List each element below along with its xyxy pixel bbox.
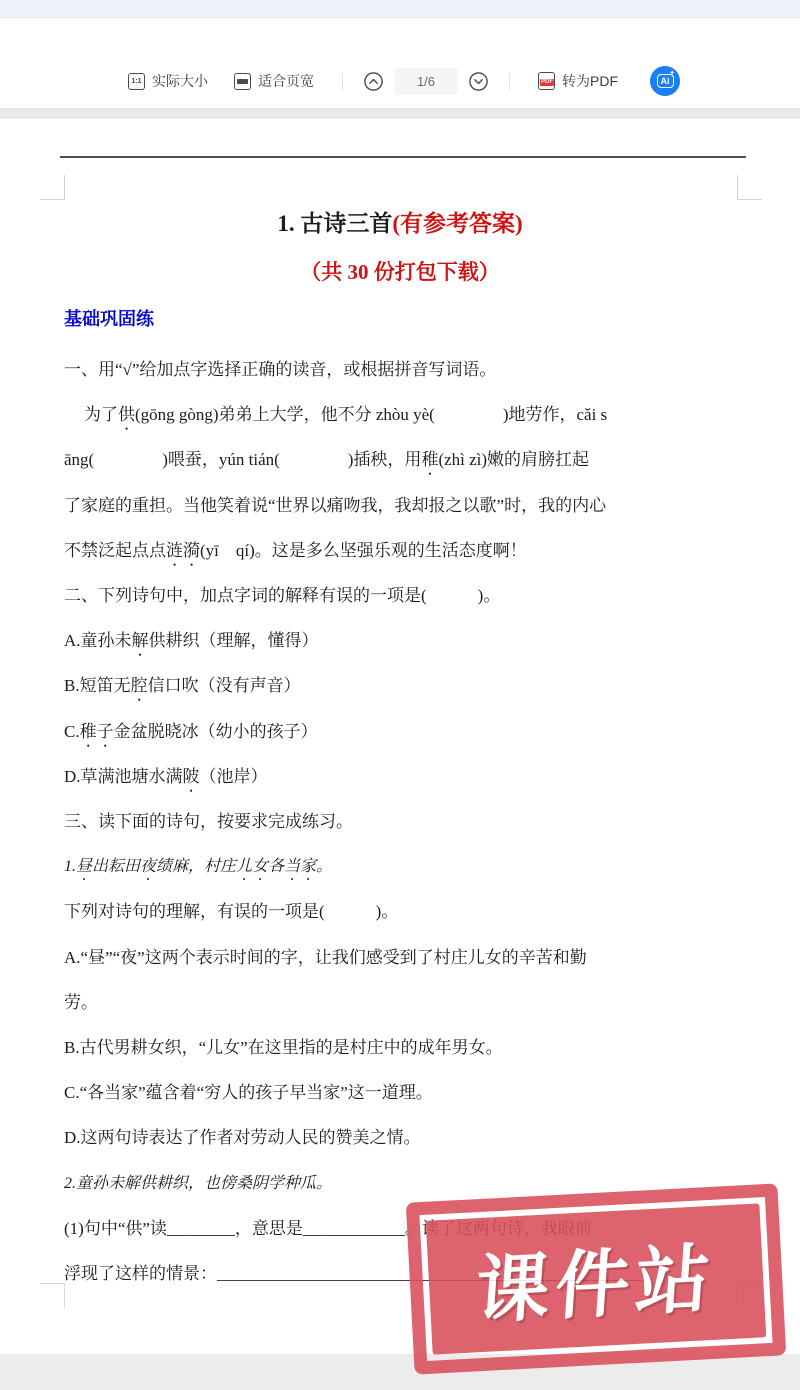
document-line: 了家庭的重担。当他笑着说“世界以痛吻我，我却报之以歌”时，我的内心 [64, 483, 754, 528]
page-background-gap [0, 109, 800, 119]
toolbar-divider [342, 73, 343, 90]
margin-corner-mark [737, 175, 762, 200]
section-header: 基础巩固练 [64, 305, 154, 331]
document-line: C.稚子金盆脱晓冰（幼小的孩子） [64, 709, 754, 754]
next-page-button[interactable] [468, 71, 489, 92]
margin-corner-mark [40, 175, 65, 200]
actual-size-button[interactable]: 1:1 实际大小 [120, 67, 216, 95]
document-title: 1. 古诗三首(有参考答案) [0, 205, 800, 238]
document-body: 一、用“√”给加点字选择正确的读音，或根据拼音写词语。为了供(gōng gòng… [64, 347, 754, 1296]
convert-to-pdf-label: 转为PDF [562, 71, 618, 91]
chevron-up-icon [363, 71, 384, 92]
fit-width-icon [234, 73, 251, 90]
document-line: B.短笛无腔信口吹（没有声音） [64, 663, 754, 708]
document-title-red: (有参考答案) [392, 211, 522, 236]
viewer-toolbar: 1:1 实际大小 适合页宽 1/6 PDF 转为PDF [0, 18, 800, 109]
document-line: 劳。 [64, 980, 754, 1025]
pdf-icon: PDF [538, 72, 555, 90]
watermark-stamp-frame: 课件站 [406, 1183, 786, 1374]
page-indicator: 1/6 [417, 74, 435, 89]
document-line: D.草满池塘水满陂（池岸） [64, 754, 754, 799]
window-top-strip [0, 0, 800, 18]
convert-to-pdf-button[interactable]: PDF 转为PDF [530, 67, 626, 95]
document-line: A.“昼”“夜”这两个表示时间的字，让我们感受到了村庄儿女的辛苦和勤 [64, 935, 754, 980]
ai-assistant-button[interactable]: Ai ✦ [650, 66, 680, 96]
document-line: C.“各当家”蕴含着“穷人的孩子早当家”这一道理。 [64, 1070, 754, 1115]
document-subtitle: （共 30 份打包下载） [0, 256, 800, 286]
watermark-stamp: 课件站 [406, 1183, 786, 1374]
document-line: 二、下列诗句中，加点字词的解释有误的一项是( )。 [64, 573, 754, 618]
document-line: āng( )喂蚕，yún tián( )插秧，用稚(zhì zì)嫩的肩膀扛起 [64, 437, 754, 482]
document-line: 下列对诗句的理解，有误的一项是( )。 [64, 889, 754, 934]
margin-corner-mark [40, 1283, 65, 1308]
fit-width-button[interactable]: 适合页宽 [226, 67, 322, 95]
document-title-black: 1. 古诗三首 [277, 211, 392, 236]
fit-width-label: 适合页宽 [258, 71, 314, 91]
document-line: 三、读下面的诗句，按要求完成练习。 [64, 799, 754, 844]
actual-size-icon: 1:1 [128, 73, 145, 90]
document-line: 为了供(gōng gòng)弟弟上大学，他不分 zhòu yè( )地劳作，cǎ… [64, 392, 754, 437]
document-page: 1. 古诗三首(有参考答案) （共 30 份打包下载） 基础巩固练 一、用“√”… [0, 119, 800, 1354]
document-line: B.古代男耕女织，“儿女”在这里指的是村庄中的成年男女。 [64, 1025, 754, 1070]
document-line: 一、用“√”给加点字选择正确的读音，或根据拼音写词语。 [64, 347, 754, 392]
document-line: D.这两句诗表达了作者对劳动人民的赞美之情。 [64, 1115, 754, 1160]
document-line: 1.昼出耘田夜绩麻，村庄儿女各当家。 [64, 844, 754, 889]
watermark-stamp-fill: 课件站 [426, 1203, 767, 1354]
ai-sparkle-icon: ✦ [669, 70, 675, 77]
actual-size-label: 实际大小 [152, 71, 208, 91]
document-line: 不禁泛起点点涟漪(yī qí)。这是多么坚强乐观的生活态度啊！ [64, 528, 754, 573]
page-number-input[interactable]: 1/6 [394, 68, 458, 95]
previous-page-button[interactable] [363, 71, 384, 92]
watermark-stamp-text: 课件站 [472, 1219, 719, 1338]
toolbar-divider [509, 73, 510, 90]
document-header-rule [60, 156, 746, 158]
chevron-down-icon [468, 71, 489, 92]
document-line: A.童孙未解供耕织（理解，懂得） [64, 618, 754, 663]
